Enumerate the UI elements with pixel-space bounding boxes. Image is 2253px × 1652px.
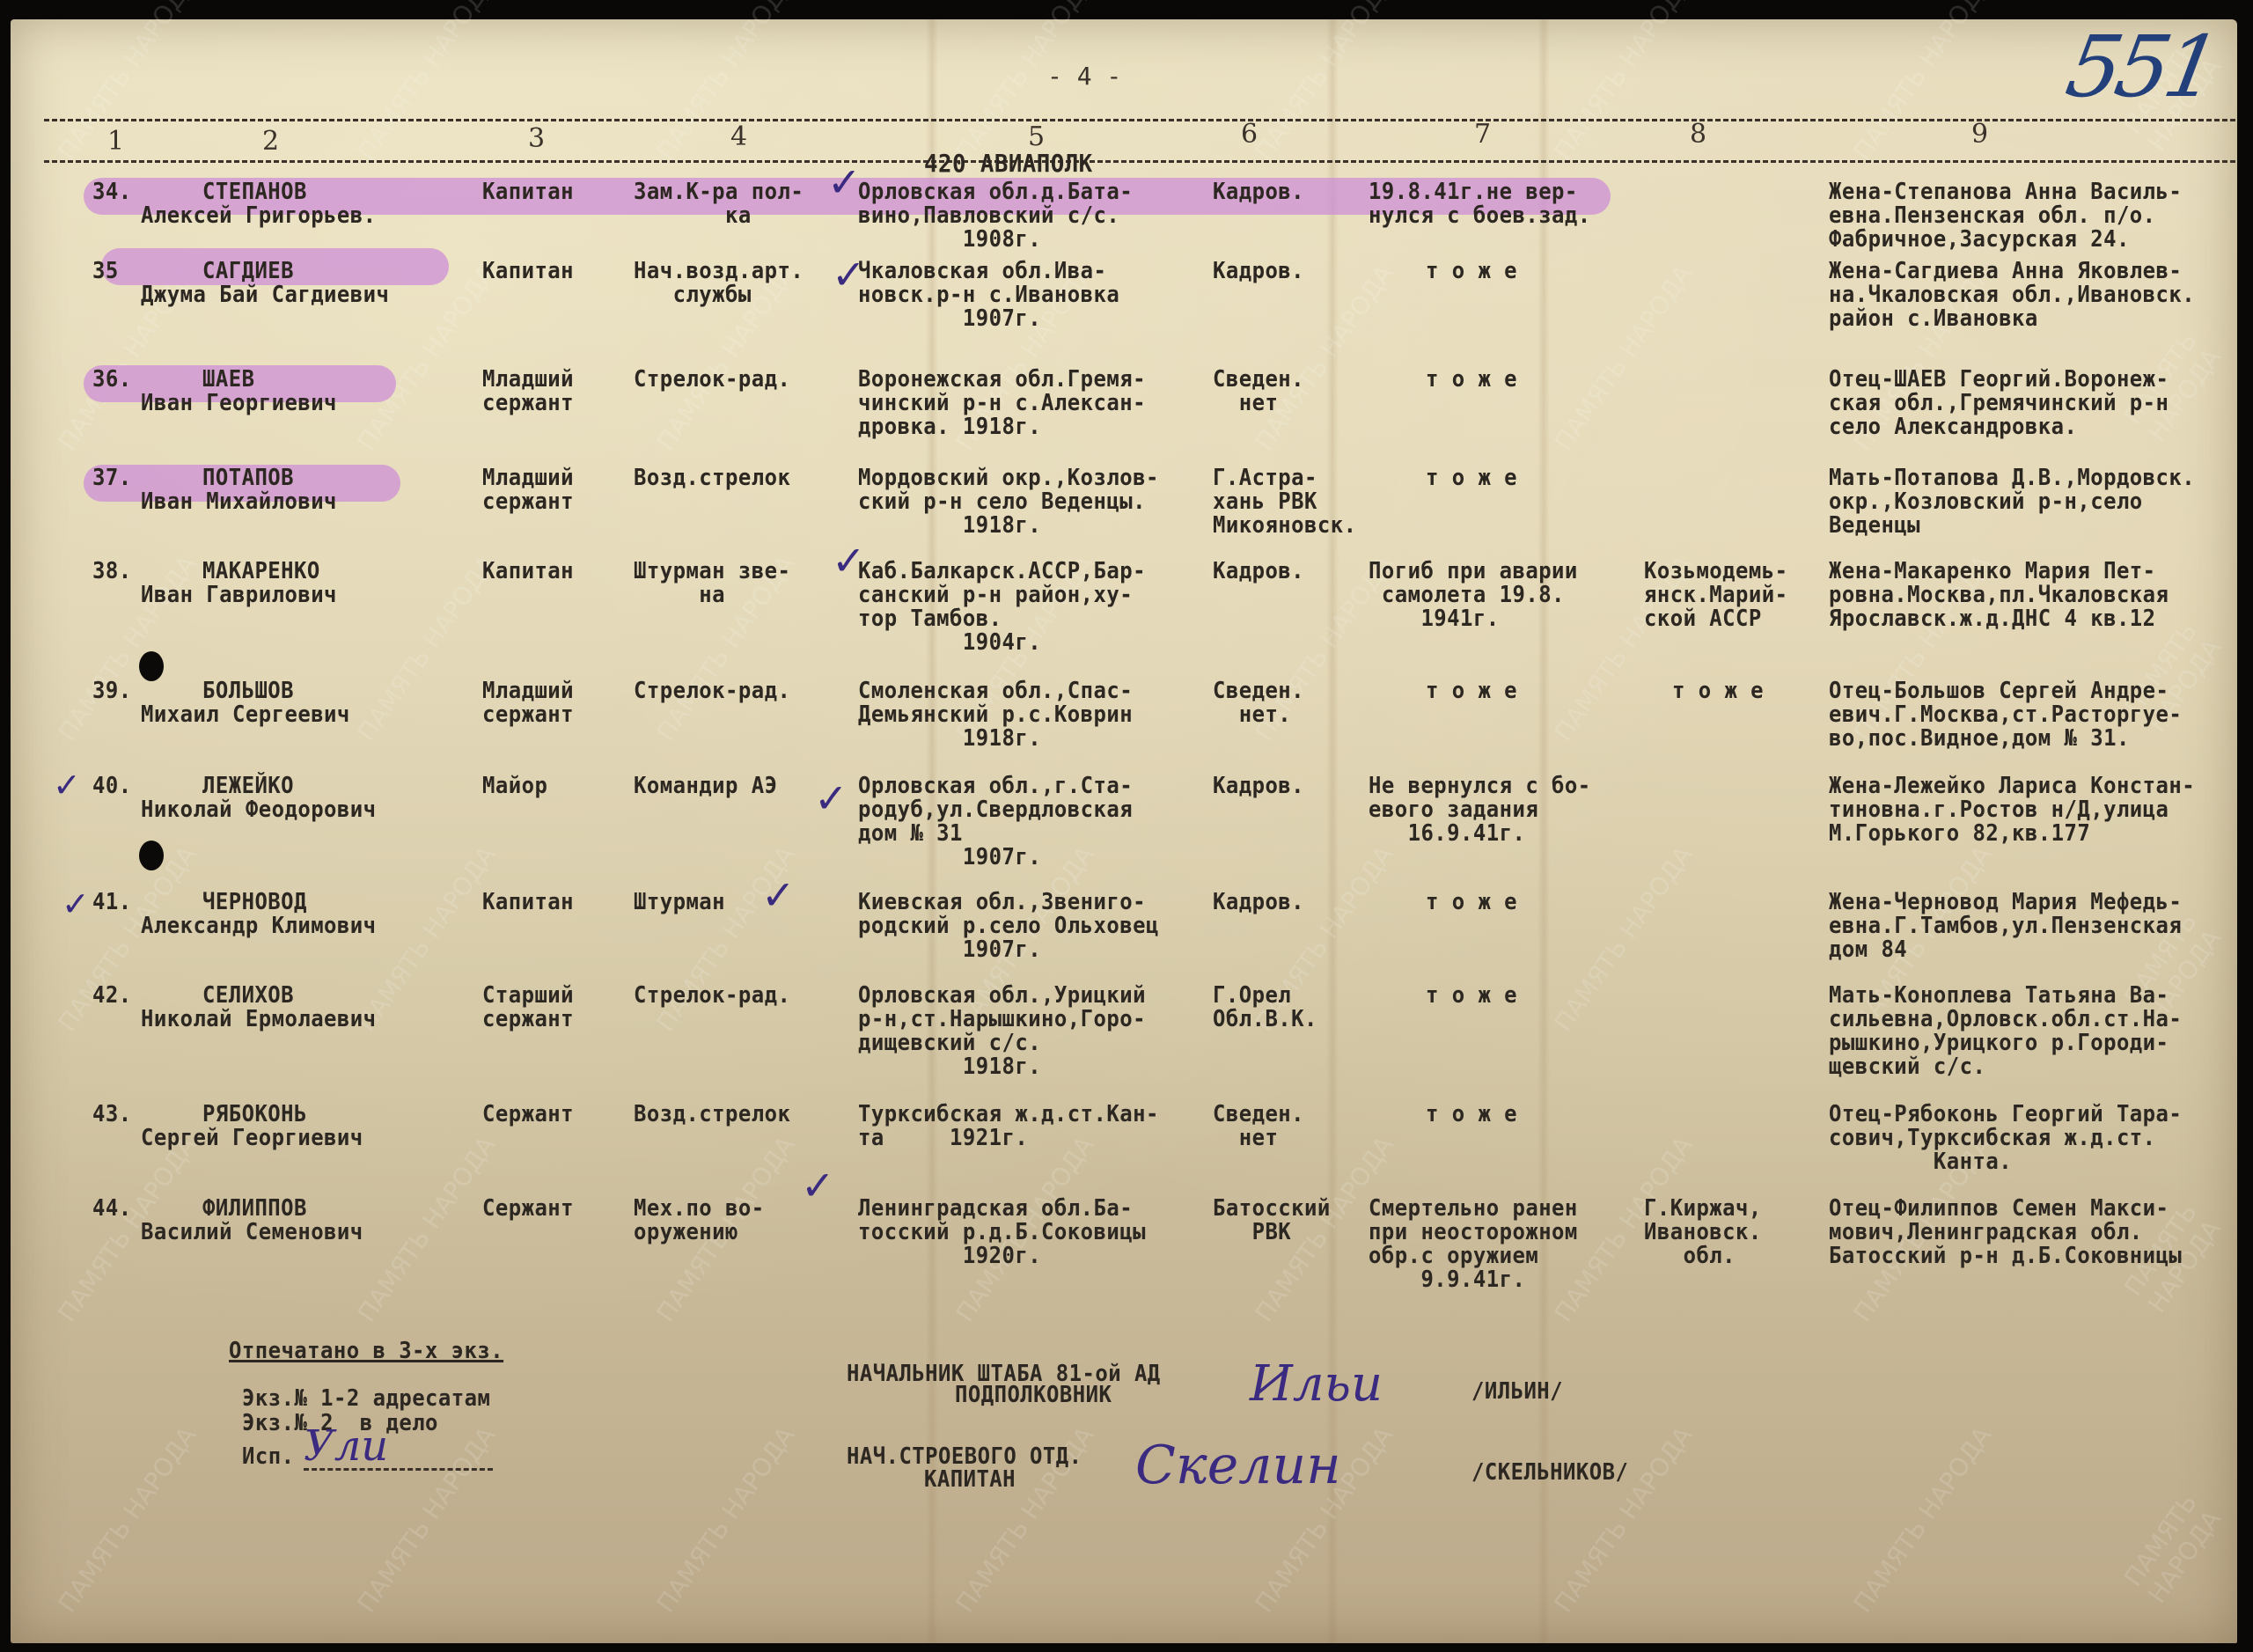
cell-num: 42. <box>92 984 132 1008</box>
checkmark-icon: ✓ <box>827 158 862 206</box>
unit-heading: 420 АВИАПОЛК <box>924 151 1093 175</box>
cell-num: 35 <box>92 260 119 283</box>
checkmark-icon: ✓ <box>814 775 848 822</box>
cell-relatives: Отец-Большов Сергей Андре- евич.Г.Москва… <box>1829 679 2182 751</box>
cell-enlisted: Кадров. <box>1213 560 1304 584</box>
cell-birthplace: Смоленская обл.,Спас- Демьянский р.с.Ков… <box>858 679 1133 751</box>
cell-fate: т о ж е <box>1426 891 1517 914</box>
cell-relatives: Жена-Лежейко Лариса Констан- тиновна.г.Р… <box>1829 775 2195 846</box>
cell-relatives: Жена-Сагдиева Анна Яковлев- на.Чкаловска… <box>1829 260 2195 331</box>
cell-given: Джума Бай Сагдиевич <box>141 283 389 307</box>
cell-rank: Майор <box>482 775 547 798</box>
checkmark-icon: ✓ <box>801 1162 835 1209</box>
cell-given: Иван Михайлович <box>141 490 337 514</box>
cell-fate: Смертельно ранен при неосторожном обр.с … <box>1369 1197 1578 1292</box>
cell-position: Командир АЭ <box>634 775 777 798</box>
cell-fate: т о ж е <box>1426 1103 1517 1127</box>
cell-given: Николай Феодорович <box>141 798 377 822</box>
cell-surname: ФИЛИППОВ <box>202 1197 307 1221</box>
chief-of-staff-signature: Ильи <box>1250 1355 1383 1413</box>
cell-enlisted: Кадров. <box>1213 260 1304 283</box>
cell-relatives: Мать-Коноплева Татьяна Ва- сильевна,Орло… <box>1829 984 2182 1079</box>
cell-position: Стрелок-рад. <box>634 984 790 1008</box>
cell-relatives: Жена-Макаренко Мария Пет- ровна.Москва,п… <box>1829 560 2169 631</box>
col-num-9: 9 <box>1971 119 1988 150</box>
checkmark-icon: ✓ <box>53 766 81 804</box>
cell-surname: САГДИЕВ <box>202 260 294 283</box>
cell-surname: СТЕПАНОВ <box>202 180 307 204</box>
cell-enlisted: Сведен. нет <box>1213 368 1304 415</box>
cell-fate: т о ж е <box>1426 260 1517 283</box>
col-num-8: 8 <box>1690 119 1706 150</box>
cell-fate: т о ж е <box>1426 984 1517 1008</box>
cell-enlisted: Кадров. <box>1213 180 1304 204</box>
cell-num: 39. <box>92 679 132 703</box>
cell-birthplace: Орловская обл.д.Бата- вино,Павловский с/… <box>858 180 1133 252</box>
chief-of-staff-rank: ПОДПОЛКОВНИК <box>955 1384 1112 1407</box>
cell-birthplace: Ленинградская обл.Ба- тосский р.д.Б.Соко… <box>858 1197 1146 1268</box>
cell-surname: ШАЕВ <box>202 368 254 392</box>
archive-number: 551 <box>2059 18 2222 116</box>
cell-rank: Капитан <box>482 260 574 283</box>
records-chief-title: НАЧ.СТРОЕВОГО ОТД. <box>847 1445 1082 1469</box>
cell-burial: Козьмодемь- янск.Марий- ской АССР <box>1644 560 1787 631</box>
cell-surname: ПОТАПОВ <box>202 466 294 490</box>
cell-rank: Младший сержант <box>482 466 574 514</box>
cell-position: Нач.возд.арт. службы <box>634 260 804 307</box>
cell-rank: Капитан <box>482 891 574 914</box>
cell-enlisted: Г.Астра- хань РВК Микояновск. <box>1213 466 1356 538</box>
chief-of-staff-name: /ИЛЬИН/ <box>1471 1380 1563 1404</box>
cell-num: 38. <box>92 560 132 584</box>
checkmark-icon: ✓ <box>832 537 866 584</box>
checkmark-icon: ✓ <box>761 871 796 919</box>
cell-position: Возд.стрелок <box>634 466 790 490</box>
cell-position: Зам.К-ра пол- ка <box>634 180 804 228</box>
cell-enlisted: Кадров. <box>1213 775 1304 798</box>
cell-num: 40. <box>92 775 132 798</box>
cell-enlisted: Г.Орел Обл.В.К. <box>1213 984 1317 1032</box>
cell-surname: ЧЕРНОВОД <box>202 891 307 914</box>
executor-label: Исп. <box>242 1445 294 1469</box>
cell-surname: РЯБОКОНЬ <box>202 1103 307 1127</box>
cell-num: 43. <box>92 1103 132 1127</box>
col-num-4: 4 <box>730 121 747 152</box>
cell-num: 34. <box>92 180 132 204</box>
cell-position: Возд.стрелок <box>634 1103 790 1127</box>
cell-given: Алексей Григорьев. <box>141 204 377 228</box>
cell-relatives: Отец-Рябоконь Георгий Тара- сович,Туркси… <box>1829 1103 2182 1174</box>
col-num-2: 2 <box>262 126 279 157</box>
cell-enlisted: Кадров. <box>1213 891 1304 914</box>
cell-burial: Г.Киржач, Ивановск. обл. <box>1644 1197 1762 1268</box>
cell-relatives: Отец-ШАЕВ Георгий.Воронеж- ская обл.,Гре… <box>1829 368 2169 439</box>
executor-signature: Ули <box>304 1421 388 1471</box>
cell-surname: СЕЛИХОВ <box>202 984 294 1008</box>
cell-rank: Младший сержант <box>482 679 574 727</box>
cell-num: 41. <box>92 891 132 914</box>
cell-relatives: Мать-Потапова Д.В.,Мордовск. окр.,Козлов… <box>1829 466 2195 538</box>
cell-position: Штурман зве- на <box>634 560 790 607</box>
cell-rank: Младший сержант <box>482 368 574 415</box>
cell-birthplace: Каб.Балкарск.АССР,Бар- санский р-н район… <box>858 560 1146 655</box>
records-chief-rank: КАПИТАН <box>924 1468 1016 1492</box>
cell-rank: Капитан <box>482 560 574 584</box>
cell-relatives: Жена-Черновод Мария Мефедь- евна.Г.Тамбо… <box>1829 891 2182 962</box>
col-num-7: 7 <box>1474 119 1491 150</box>
cell-enlisted: Сведен. нет. <box>1213 679 1304 727</box>
cell-position: Мех.по во- оружению <box>634 1197 765 1245</box>
cell-position: Штурман <box>634 891 725 914</box>
cell-num: 44. <box>92 1197 132 1221</box>
cell-birthplace: Орловская обл.,г.Ста- родуб,ул.Свердловс… <box>858 775 1133 870</box>
cell-fate: т о ж е <box>1426 466 1517 490</box>
page-marker: - 4 - <box>1047 62 1121 91</box>
cell-num: 36. <box>92 368 132 392</box>
cell-given: Иван Гаврилович <box>141 584 337 607</box>
col-num-6: 6 <box>1241 119 1258 150</box>
cell-birthplace: Мордовский окр.,Козлов- ский р-н село Ве… <box>858 466 1159 538</box>
cell-fate: т о ж е <box>1426 679 1517 703</box>
cell-surname: БОЛЬШОВ <box>202 679 294 703</box>
cell-fate: т о ж е <box>1426 368 1517 392</box>
col-num-1: 1 <box>107 126 124 157</box>
cell-birthplace: Воронежская обл.Гремя- чинский р-н с.Але… <box>858 368 1146 439</box>
cell-burial: т о ж е <box>1672 679 1764 703</box>
punch-hole <box>139 651 164 681</box>
cell-surname: ЛЕЖЕЙКО <box>202 775 294 798</box>
cell-rank: Старший сержант <box>482 984 574 1032</box>
cell-given: Александр Климович <box>141 914 377 938</box>
header-rule-bottom <box>44 160 2235 163</box>
col-num-3: 3 <box>528 123 545 154</box>
records-chief-signature: Скелин <box>1135 1435 1341 1496</box>
cell-fate: Не вернулся с бо- евого задания 16.9.41г… <box>1369 775 1591 846</box>
cell-position: Стрелок-рад. <box>634 679 790 703</box>
copy-distribution-1: Экз.№ 1-2 адресатам <box>242 1387 490 1411</box>
cell-given: Иван Георгиевич <box>141 392 337 415</box>
cell-given: Михаил Сергеевич <box>141 703 350 727</box>
cell-fate: Погиб при аварии самолета 19.8. 1941г. <box>1369 560 1578 631</box>
cell-given: Сергей Георгиевич <box>141 1127 363 1150</box>
col-num-5: 5 <box>1028 121 1045 152</box>
cell-fate: 19.8.41г.не вер- нулся с боев.зад. <box>1369 180 1591 228</box>
cell-position: Стрелок-рад. <box>634 368 790 392</box>
cell-enlisted: Батосский РВК <box>1213 1197 1331 1245</box>
cell-rank: Сержант <box>482 1197 574 1221</box>
records-chief-name: /СКЕЛЬНИКОВ/ <box>1471 1461 1628 1485</box>
checkmark-icon: ✓ <box>832 251 866 298</box>
checkmark-icon: ✓ <box>62 885 90 923</box>
cell-num: 37. <box>92 466 132 490</box>
printed-copies-note: Отпечатано в 3-х экз. <box>229 1340 503 1363</box>
cell-birthplace: Турксибская ж.д.ст.Кан- та 1921г. <box>858 1103 1159 1150</box>
punch-hole <box>139 841 164 870</box>
cell-relatives: Отец-Филиппов Семен Макси- мович,Ленингр… <box>1829 1197 2182 1268</box>
header-rule-top <box>44 119 2235 121</box>
cell-given: Василий Семенович <box>141 1221 363 1245</box>
cell-given: Николай Ермолаевич <box>141 1008 377 1032</box>
cell-birthplace: Орловская обл.,Урицкий р-н,ст.Нарышкино,… <box>858 984 1146 1079</box>
cell-relatives: Жена-Степанова Анна Василь- евна.Пензенс… <box>1829 180 2182 252</box>
cell-birthplace: Киевская обл.,Звениго- родский р.село Ол… <box>858 891 1159 962</box>
cell-enlisted: Сведен. нет <box>1213 1103 1304 1150</box>
cell-rank: Сержант <box>482 1103 574 1127</box>
cell-surname: МАКАРЕНКО <box>202 560 320 584</box>
cell-rank: Капитан <box>482 180 574 204</box>
cell-birthplace: Чкаловская обл.Ива- новск.р-н с.Ивановка… <box>858 260 1119 331</box>
